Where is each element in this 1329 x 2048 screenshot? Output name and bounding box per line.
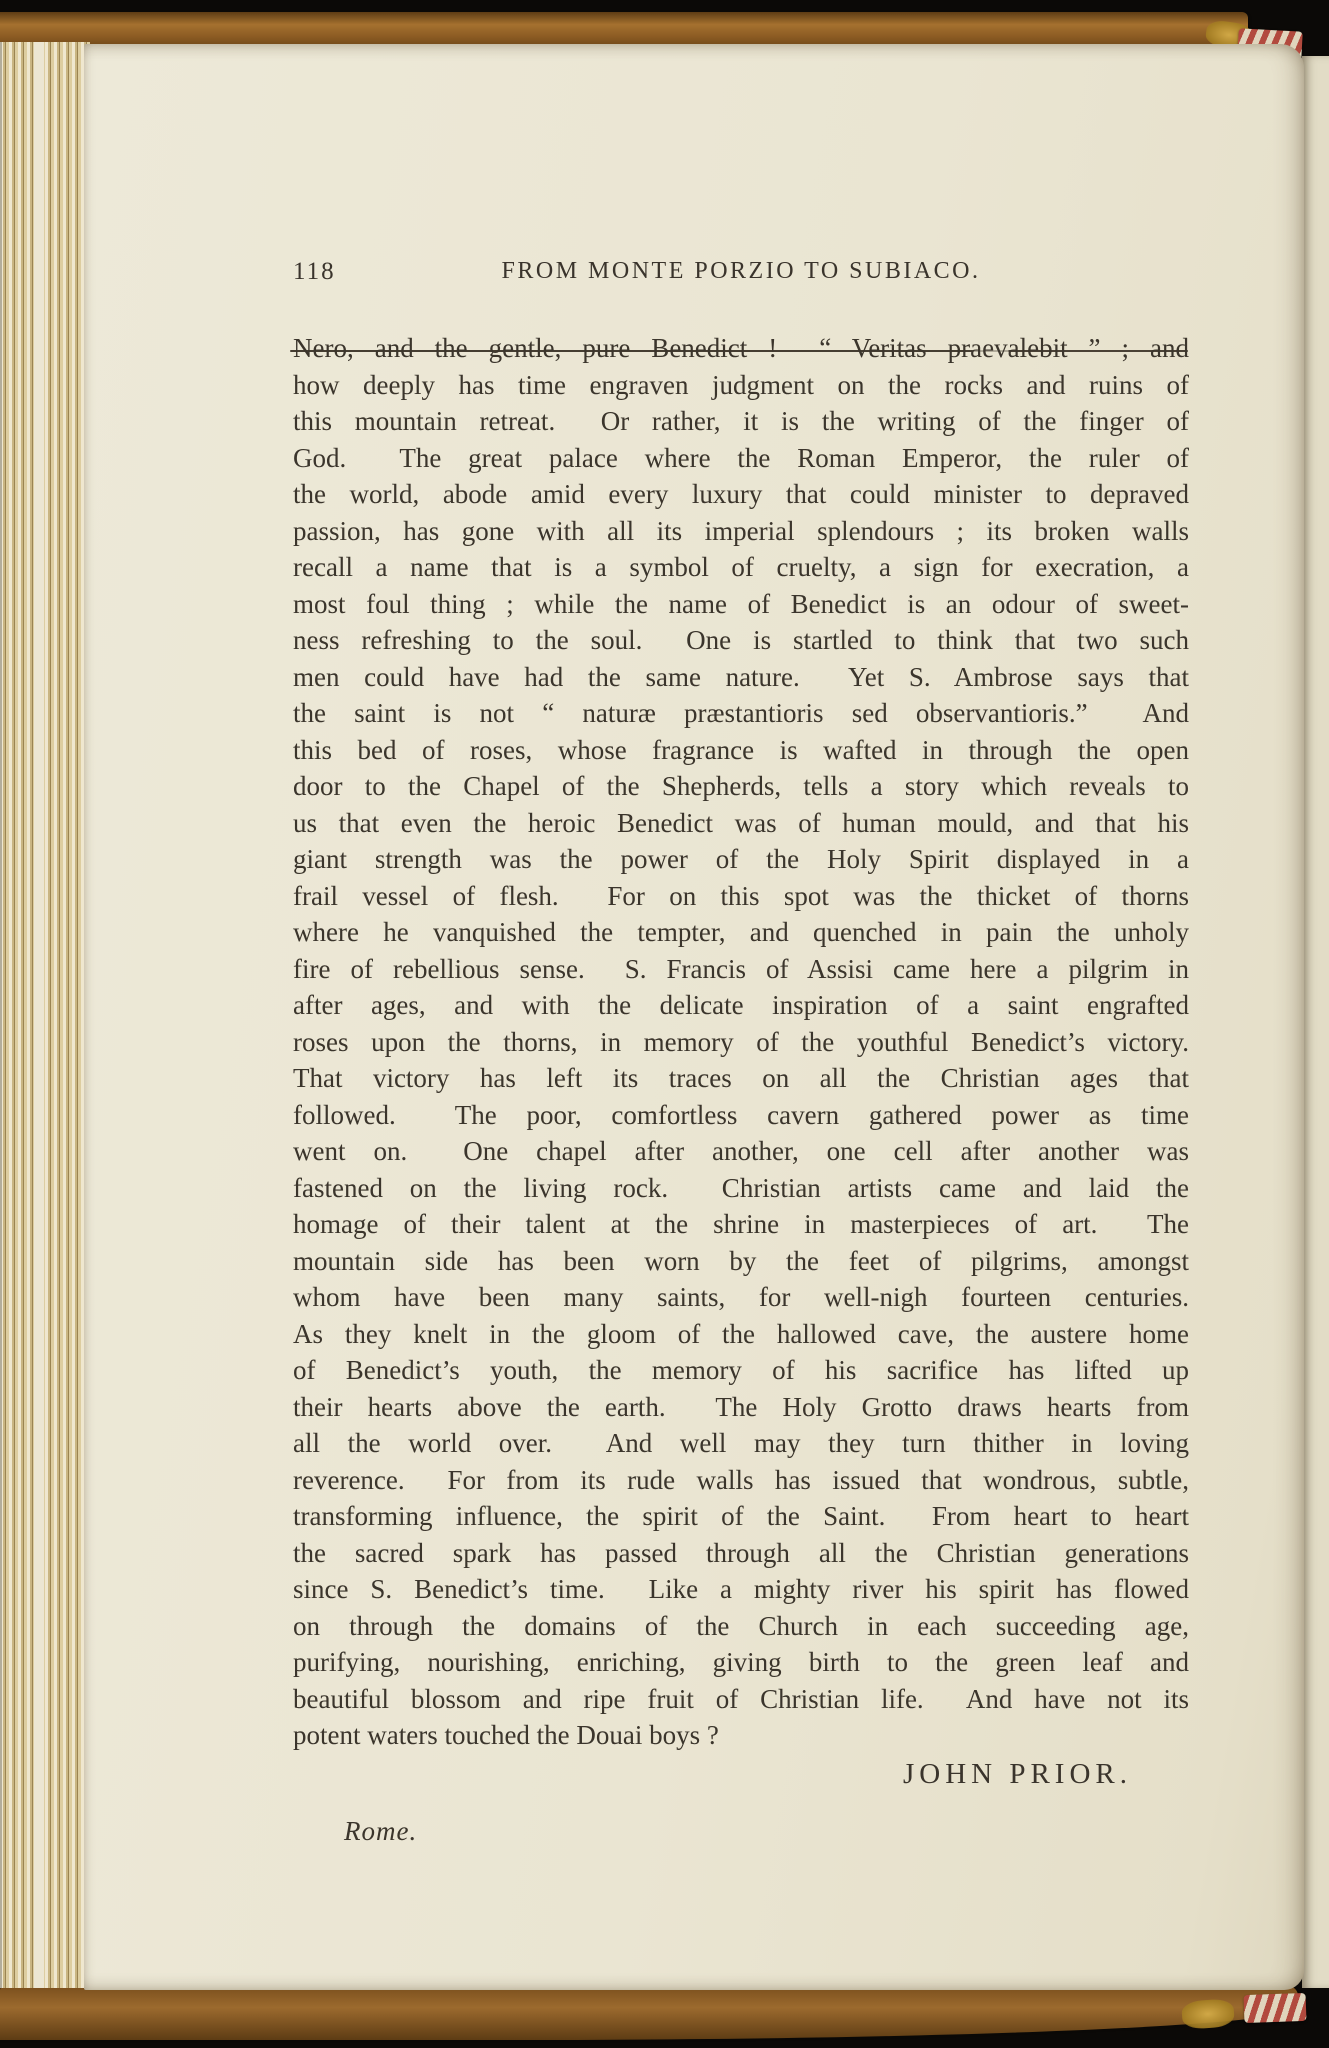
body-line: potent waters touched the Douai boys ? [293,1717,1189,1754]
body-line: fastened on the living rock. Christian a… [293,1170,1189,1207]
body-line: most foul thing ; while the name of Bene… [293,586,1189,623]
page-number: 118 [293,258,336,286]
body-line: all the world over. And well may they tu… [293,1425,1189,1462]
body-line: door to the Chapel of the Shepherds, tel… [293,768,1189,805]
body-line: Nero, and the gentle, pure Benedict ! “ … [293,330,1189,367]
body-line: on through the domains of the Church in … [293,1608,1189,1645]
body-line: fire of rebellious sense. S. Francis of … [293,951,1189,988]
place-line: Rome. [344,1816,417,1847]
body-line: the world, abode amid every luxury that … [293,476,1189,513]
body-line: frail vessel of flesh. For on this spot … [293,878,1189,915]
body-line: after ages, and with the delicate inspir… [293,987,1189,1024]
body-line: As they knelt in the gloom of the hallow… [293,1316,1189,1353]
body-line: this bed of roses, whose fragrance is wa… [293,732,1189,769]
body-line: beautiful blossom and ripe fruit of Chri… [293,1681,1189,1718]
body-line: the saint is not “ naturæ præstantioris … [293,695,1189,732]
body-line: passion, has gone with all its imperial … [293,513,1189,550]
gilt-detail-bottom [1181,1998,1235,2030]
body-line: transforming influence, the spirit of th… [293,1498,1189,1535]
body-line: That victory has left its traces on all … [293,1060,1189,1097]
body-line: since S. Benedict’s time. Like a mighty … [293,1571,1189,1608]
body-line: God. The great palace where the Roman Em… [293,440,1189,477]
book-page: 118 FROM MONTE PORZIO TO SUBIACO. Nero, … [84,44,1304,1990]
body-line: where he vanquished the tempter, and que… [293,914,1189,951]
body-line: homage of their talent at the shrine in … [293,1206,1189,1243]
body-line: recall a name that is a symbol of cruelt… [293,549,1189,586]
body-line: of Benedict’s youth, the memory of his s… [293,1352,1189,1389]
body-line: giant strength was the power of the Holy… [293,841,1189,878]
body-line: whom have been many saints, for well-nig… [293,1279,1189,1316]
body-line: mountain side has been worn by the feet … [293,1243,1189,1280]
page-fore-edges [0,42,90,1988]
signature: JOHN PRIOR. [293,1758,1189,1791]
body-line: ness refreshing to the soul. One is star… [293,622,1189,659]
book-scan: 118 FROM MONTE PORZIO TO SUBIACO. Nero, … [0,0,1329,2048]
body-text: Nero, and the gentle, pure Benedict ! “ … [293,330,1189,1754]
body-line: how deeply has time engraven judgment on… [293,367,1189,404]
body-line: this mountain retreat. Or rather, it is … [293,403,1189,440]
body-line: reverence. For from its rude walls has i… [293,1462,1189,1499]
running-title: FROM MONTE PORZIO TO SUBIACO. [293,256,1189,285]
leather-cover-bottom-edge [0,1986,1298,2040]
leather-cover-top-edge [0,12,1248,48]
body-line: their hearts above the earth. The Holy G… [293,1389,1189,1426]
next-page-sliver [1302,56,1329,1988]
endband-bottom [1244,1993,1307,2023]
page-header: 118 FROM MONTE PORZIO TO SUBIACO. [293,256,1189,290]
body-line: men could have had the same nature. Yet … [293,659,1189,696]
body-line: went on. One chapel after another, one c… [293,1133,1189,1170]
body-line: roses upon the thorns, in memory of the … [293,1024,1189,1061]
body-line: us that even the heroic Benedict was of … [293,805,1189,842]
body-line: followed. The poor, comfortless cavern g… [293,1097,1189,1134]
body-line: purifying, nourishing, enriching, giving… [293,1644,1189,1681]
body-line: the sacred spark has passed through all … [293,1535,1189,1572]
